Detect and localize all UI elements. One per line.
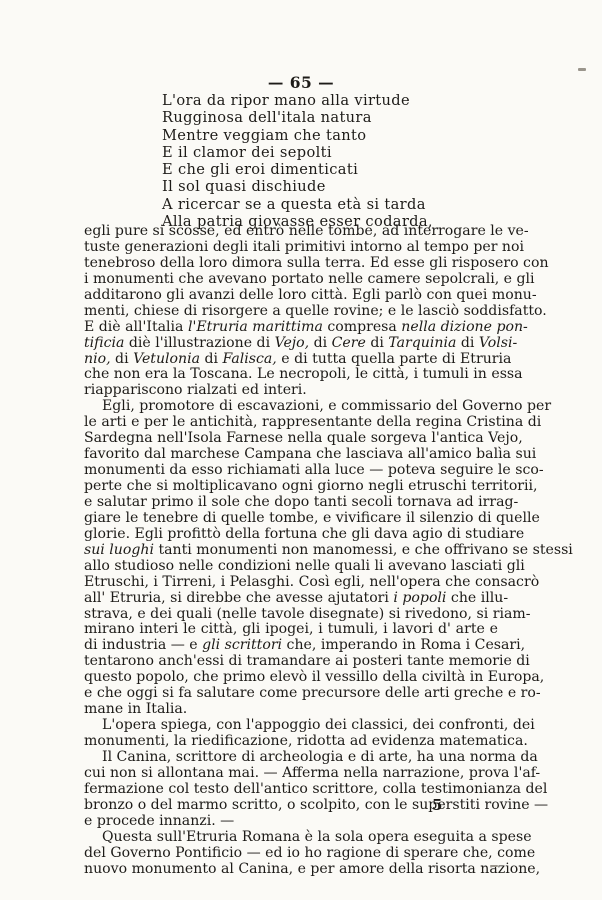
text-line: le arti e per le antichità, rappresentan…	[84, 415, 498, 431]
text-run: che illu-	[446, 590, 508, 606]
signature-mark: 5	[432, 796, 442, 814]
text-line: egli pure si scosse, ed entrò nelle tomb…	[84, 224, 498, 240]
text-line: che non era la Toscana. Le necropoli, le…	[84, 367, 498, 383]
text-line: riappariscono rialzati ed interi.	[84, 383, 498, 399]
text-run: tanti monumenti non manomessi, e che off…	[154, 542, 573, 558]
text-run: di industria — e	[84, 637, 202, 653]
text-line: cui non si allontana mai. — Afferma nell…	[84, 766, 498, 782]
verse-line: Il sol quasi dischiude	[162, 178, 433, 195]
text-run: compresa	[323, 319, 401, 335]
text-line: additarono gli avanzi delle loro città. …	[84, 288, 498, 304]
text-line: mirano interi le città, gli ipogei, i tu…	[84, 622, 498, 638]
verse-line: Rugginosa dell'itala natura	[162, 109, 433, 126]
italic-phrase: sui luoghi	[84, 542, 154, 558]
text-run: di	[309, 335, 332, 351]
text-line: Questa sull'Etruria Romana è la sola ope…	[84, 830, 498, 846]
text-line: tentarono anch'essi di tramandare ai pos…	[84, 654, 498, 670]
text-line: e procede innanzi. —	[84, 814, 498, 830]
text-line: tenebroso della loro dimora sulla terra.…	[84, 256, 498, 272]
text-line: monumenti, la riedificazione, ridotta ad…	[84, 734, 498, 750]
text-line: E diè all'Italia l'Etruria marittima com…	[84, 320, 498, 336]
text-line: Sardegna nell'Isola Farnese nella quale …	[84, 431, 498, 447]
text-line: e salutar primo il sole che dopo tanti s…	[84, 495, 498, 511]
text-line: di industria — e gli scrittori che, impe…	[84, 638, 498, 654]
page-number: — 65 —	[0, 73, 602, 92]
text-line: glorie. Egli profittò della fortuna che …	[84, 527, 498, 543]
text-line: questo popolo, che primo elevò il vessil…	[84, 670, 498, 686]
text-line: all' Etruria, si direbbe che avesse ajut…	[84, 591, 498, 607]
verse-line: A ricercar se a questa età si tarda	[162, 196, 433, 213]
text-run: e di tutta quella parte di Etruria	[277, 351, 512, 367]
verse-block: L'ora da ripor mano alla virtude Ruggino…	[162, 92, 433, 230]
text-line: Etruschi, i Tirreni, i Pelasghi. Così eg…	[84, 575, 498, 591]
scan-speck	[490, 865, 498, 867]
italic-phrase: gli scrittori	[202, 637, 282, 653]
text-run: di	[366, 335, 389, 351]
italic-place: Vetulonia	[133, 351, 200, 367]
text-line: mane in Italia.	[84, 702, 498, 718]
italic-place: nio,	[84, 351, 111, 367]
text-run: di	[200, 351, 223, 367]
text-run: diè l'illustrazione di	[124, 335, 274, 351]
italic-place: Tarquinia	[388, 335, 456, 351]
text-run: di	[111, 351, 134, 367]
verse-line: E che gli eroi dimenticati	[162, 161, 433, 178]
text-line: i monumenti che avevano portato nelle ca…	[84, 272, 498, 288]
text-run: che, imperando in Roma i Cesari,	[282, 637, 525, 653]
text-line: allo studioso nelle condizioni nelle qua…	[84, 559, 498, 575]
italic-place: Volsi-	[479, 335, 517, 351]
text-line: sui luoghi tanti monumenti non manomessi…	[84, 543, 498, 559]
text-line: nuovo monumento al Canina, e per amore d…	[84, 862, 498, 878]
italic-phrase: tificia	[84, 335, 124, 351]
italic-place: Cere	[332, 335, 366, 351]
italic-phrase: i popoli	[393, 590, 446, 606]
text-line: menti, chiese di risorgere a quelle rovi…	[84, 304, 498, 320]
text-line: perte che si moltiplicavano ogni giorno …	[84, 479, 498, 495]
text-line: L'opera spiega, con l'appoggio dei class…	[84, 718, 498, 734]
text-line: e che oggi si fa salutare come precursor…	[84, 686, 498, 702]
italic-title: l'Etruria marittima	[188, 319, 323, 335]
italic-place: Vejo,	[275, 335, 310, 351]
text-run: di	[456, 335, 479, 351]
verse-line: Mentre veggiam che tanto	[162, 127, 433, 144]
verse-line: E il clamor dei sepolti	[162, 144, 433, 161]
text-line: favorito dal marchese Campana che lascia…	[84, 447, 498, 463]
text-run: all' Etruria, si direbbe che avesse ajut…	[84, 590, 393, 606]
text-line: tificia diè l'illustrazione di Vejo, di …	[84, 336, 498, 352]
italic-place: Falisca,	[223, 351, 277, 367]
text-line: monumenti da esso richiamati alla luce —…	[84, 463, 498, 479]
verse-line: L'ora da ripor mano alla virtude	[162, 92, 433, 109]
italic-phrase: nella dizione pon-	[401, 319, 528, 335]
prose-body: egli pure si scosse, ed entrò nelle tomb…	[84, 224, 498, 877]
text-line: del Governo Pontificio — ed io ho ragion…	[84, 846, 498, 862]
text-line: giare le tenebre di quelle tombe, e vivi…	[84, 511, 498, 527]
text-line: Il Canina, scrittore di archeologia e di…	[84, 750, 498, 766]
text-run: E diè all'Italia	[84, 319, 188, 335]
scan-speck	[578, 68, 586, 71]
text-line: Egli, promotore di escavazioni, e commis…	[84, 399, 498, 415]
text-line: tuste generazioni degli itali primitivi …	[84, 240, 498, 256]
